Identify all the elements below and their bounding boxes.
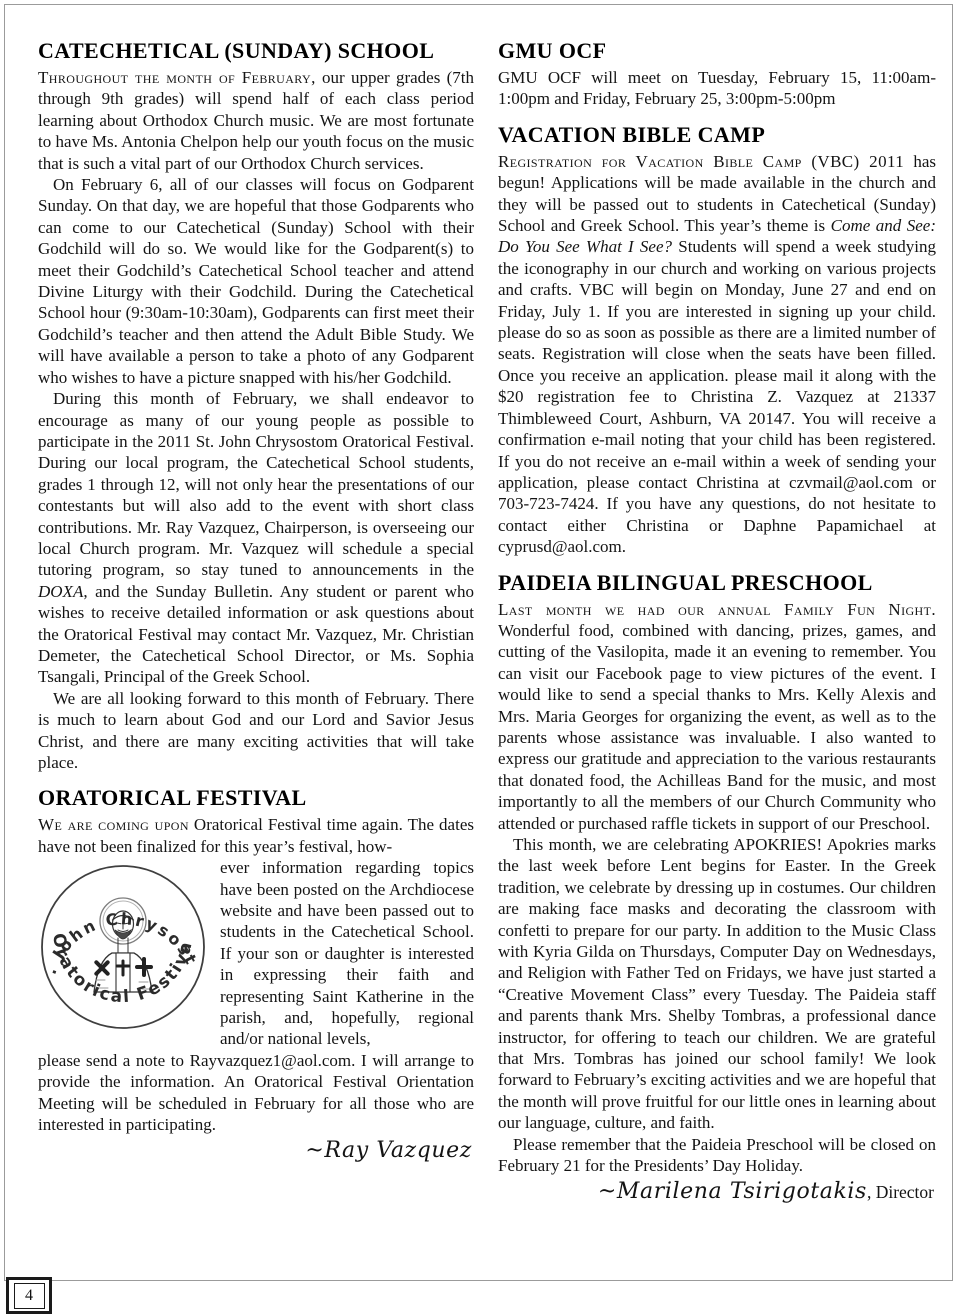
oratorical-paragraph-continued: please send a note to Rayvazquez1@aol.co…: [38, 1050, 474, 1136]
small-caps-lead: Throughout the month of February,: [38, 68, 316, 87]
gmu-ocf-paragraph: GMU OCF will meet on Tuesday, February 1…: [498, 67, 936, 110]
oratorical-logo-section: St. John Chrysostom Oratorical Festival …: [38, 857, 474, 1135]
signature-marilena-tsirigotakis: ~Marilena Tsirigotakis, Director: [498, 1181, 936, 1203]
oratorical-festival-logo: St. John Chrysostom Oratorical Festival: [38, 862, 208, 1032]
heading-paideia-preschool: PAIDEIA BILINGUAL PRESCHOOL: [498, 570, 936, 596]
signature-ray-vazquez: ~Ray Vazquez: [38, 1140, 474, 1162]
catechetical-paragraph-2: On February 6, all of our classes will f…: [38, 174, 474, 388]
paideia-paragraph-3: Please remember that the Paideia Prescho…: [498, 1134, 936, 1177]
catechetical-paragraph-1: Throughout the month of February, our up…: [38, 67, 474, 174]
heading-gmu-ocf: GMU OCF: [498, 38, 936, 64]
paragraph-text: , and the Sunday Bulletin. Any student o…: [38, 582, 474, 687]
small-caps-lead: Registration for Vacation Bible Camp (VB…: [498, 152, 904, 171]
newsletter-page: CATECHETICAL (SUNDAY) SCHOOL Throughout …: [0, 0, 960, 1314]
paideia-paragraph-2: This month, we are celebrating APOKRIES!…: [498, 834, 936, 1134]
heading-oratorical-festival: ORATORICAL FESTIVAL: [38, 785, 474, 811]
catechetical-paragraph-3: During this month of February, we shall …: [38, 388, 474, 688]
page-number-box: 4: [6, 1277, 52, 1314]
vbc-paragraph: Registration for Vacation Bible Camp (VB…: [498, 151, 936, 558]
catechetical-paragraph-4: We are all looking forward to this month…: [38, 688, 474, 774]
page-number: 4: [14, 1283, 45, 1309]
small-caps-lead: We are coming upon: [38, 815, 189, 834]
heading-catechetical-school: CATECHETICAL (SUNDAY) SCHOOL: [38, 38, 474, 64]
small-caps-lead: Last month we had our annual Family Fun …: [498, 600, 936, 619]
paragraph-text: Wonderful food, combined with dancing, p…: [498, 621, 936, 833]
heading-vacation-bible-camp: VACATION BIBLE CAMP: [498, 122, 936, 148]
oratorical-paragraph-intro: We are coming upon Oratorical Festival t…: [38, 814, 474, 857]
doxa-italic: DOXA: [38, 582, 83, 601]
paideia-paragraph-1: Last month we had our annual Family Fun …: [498, 599, 936, 834]
paragraph-text: Students will spend a week studying the …: [498, 237, 936, 556]
right-column: GMU OCF GMU OCF will meet on Tuesday, Fe…: [498, 36, 936, 1203]
left-column: CATECHETICAL (SUNDAY) SCHOOL Throughout …: [38, 36, 474, 1162]
paragraph-text: During this month of February, we shall …: [38, 389, 474, 579]
